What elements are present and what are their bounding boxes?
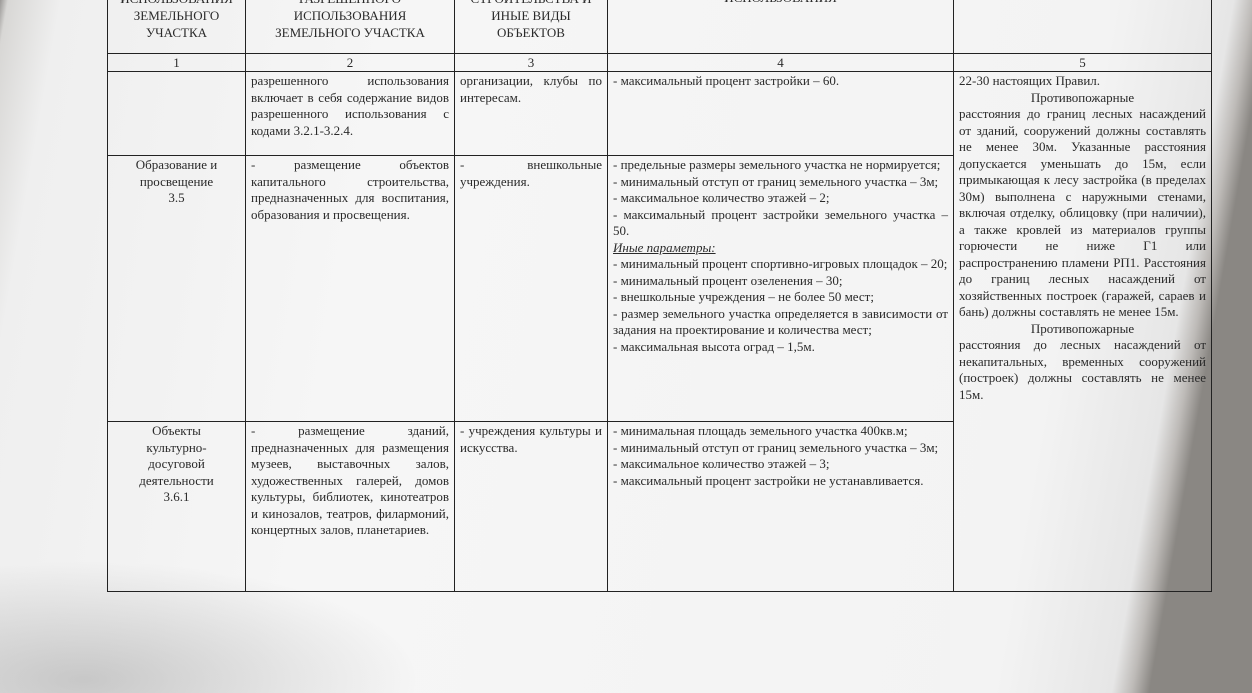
param-line: - максимальный процент застройки не уста… — [613, 473, 948, 490]
param-line: - размер земельного участка определяется… — [613, 306, 948, 339]
param-line: - минимальный отступ от границ земельног… — [613, 440, 948, 457]
row2-object-types: - внешкольные учреждения. — [455, 156, 608, 422]
use-type-code: 3.5 — [113, 190, 240, 207]
param-line: - максимальный процент застройки – 60. — [613, 73, 948, 90]
header-col4: ИСПОЛЬЗОВАНИЯ — [608, 0, 954, 54]
col5-line1: 22-30 настоящих Правил. — [959, 73, 1206, 90]
param-line: - минимальный процент спортивно-игровых … — [613, 256, 948, 273]
col5-fire-safety-notes: 22-30 настоящих Правил. Противопожарные … — [954, 72, 1212, 592]
row3-object-types: - учреждения культуры и искусства. — [455, 422, 608, 592]
use-type-line: деятельности — [113, 473, 240, 490]
table-header-row: ИСПОЛЬЗОВАНИЯ ЗЕМЕЛЬНОГО УЧАСТКА РАЗРЕШЕ… — [108, 0, 1212, 54]
header-col1: ИСПОЛЬЗОВАНИЯ ЗЕМЕЛЬНОГО УЧАСТКА — [108, 0, 246, 54]
param-line: - минимальная площадь земельного участка… — [613, 423, 948, 440]
row1-object-types: организации, клубы по интересам. — [455, 72, 608, 156]
header-col5 — [954, 0, 1212, 54]
use-type-code: 3.6.1 — [113, 489, 240, 506]
header-col3: СТРОИТЕЛЬСТВА И ИНЫЕ ВИДЫ ОБЪЕКТОВ — [455, 0, 608, 54]
param-line: - минимальный отступ от границ земельног… — [613, 174, 948, 191]
param-line: - предельные размеры земельного участка … — [613, 157, 948, 174]
param-line: - максимальное количество этажей – 2; — [613, 190, 948, 207]
use-type-line: Образование и — [113, 157, 240, 174]
row2-parameters: - предельные размеры земельного участка … — [608, 156, 954, 422]
row1-col1 — [108, 72, 246, 156]
use-type-line: просвещение — [113, 174, 240, 191]
param-line: - максимальная высота оград – 1,5м. — [613, 339, 948, 356]
land-use-regulations-table: ИСПОЛЬЗОВАНИЯ ЗЕМЕЛЬНОГО УЧАСТКА РАЗРЕШЕ… — [107, 0, 1212, 592]
use-type-line: досуговой — [113, 456, 240, 473]
column-number-row: 1 2 3 4 5 — [108, 54, 1212, 72]
param-line: - максимальное количество этажей – 3; — [613, 456, 948, 473]
row2-permitted-use-description: - размещение объектов капитального строи… — [246, 156, 455, 422]
row3-parameters: - минимальная площадь земельного участка… — [608, 422, 954, 592]
use-type-line: культурно- — [113, 440, 240, 457]
table-row: разрешенного использования включает в се… — [108, 72, 1212, 156]
param-line: - минимальный процент озеленения – 30; — [613, 273, 948, 290]
use-type-line: Объекты — [113, 423, 240, 440]
row2-land-use-type: Образование и просвещение 3.5 — [108, 156, 246, 422]
header-col2: РАЗРЕШЕННОГО ИСПОЛЬЗОВАНИЯ ЗЕМЕЛЬНОГО УЧ… — [246, 0, 455, 54]
param-line: - максимальный процент застройки земельн… — [613, 207, 948, 240]
column-number-1: 1 — [108, 54, 246, 72]
column-number-2: 2 — [246, 54, 455, 72]
column-number-4: 4 — [608, 54, 954, 72]
row3-land-use-type: Объекты культурно- досуговой деятельност… — [108, 422, 246, 592]
row1-permitted-use-description: разрешенного использования включает в се… — [246, 72, 455, 156]
col5-para2-head: Противопожарные — [959, 321, 1206, 338]
col5-para2: расстояния до лесных насаждений от некап… — [959, 337, 1206, 403]
column-number-3: 3 — [455, 54, 608, 72]
col5-para1-head: Противопожарные — [959, 90, 1206, 107]
col5-para1: расстояния до границ лесных насаждений о… — [959, 106, 1206, 321]
row1-parameters: - максимальный процент застройки – 60. — [608, 72, 954, 156]
column-number-5: 5 — [954, 54, 1212, 72]
other-parameters-heading: Иные параметры: — [613, 240, 948, 257]
row3-permitted-use-description: - размещение зданий, предназначенных для… — [246, 422, 455, 592]
param-line: - внешкольные учреждения – не более 50 м… — [613, 289, 948, 306]
